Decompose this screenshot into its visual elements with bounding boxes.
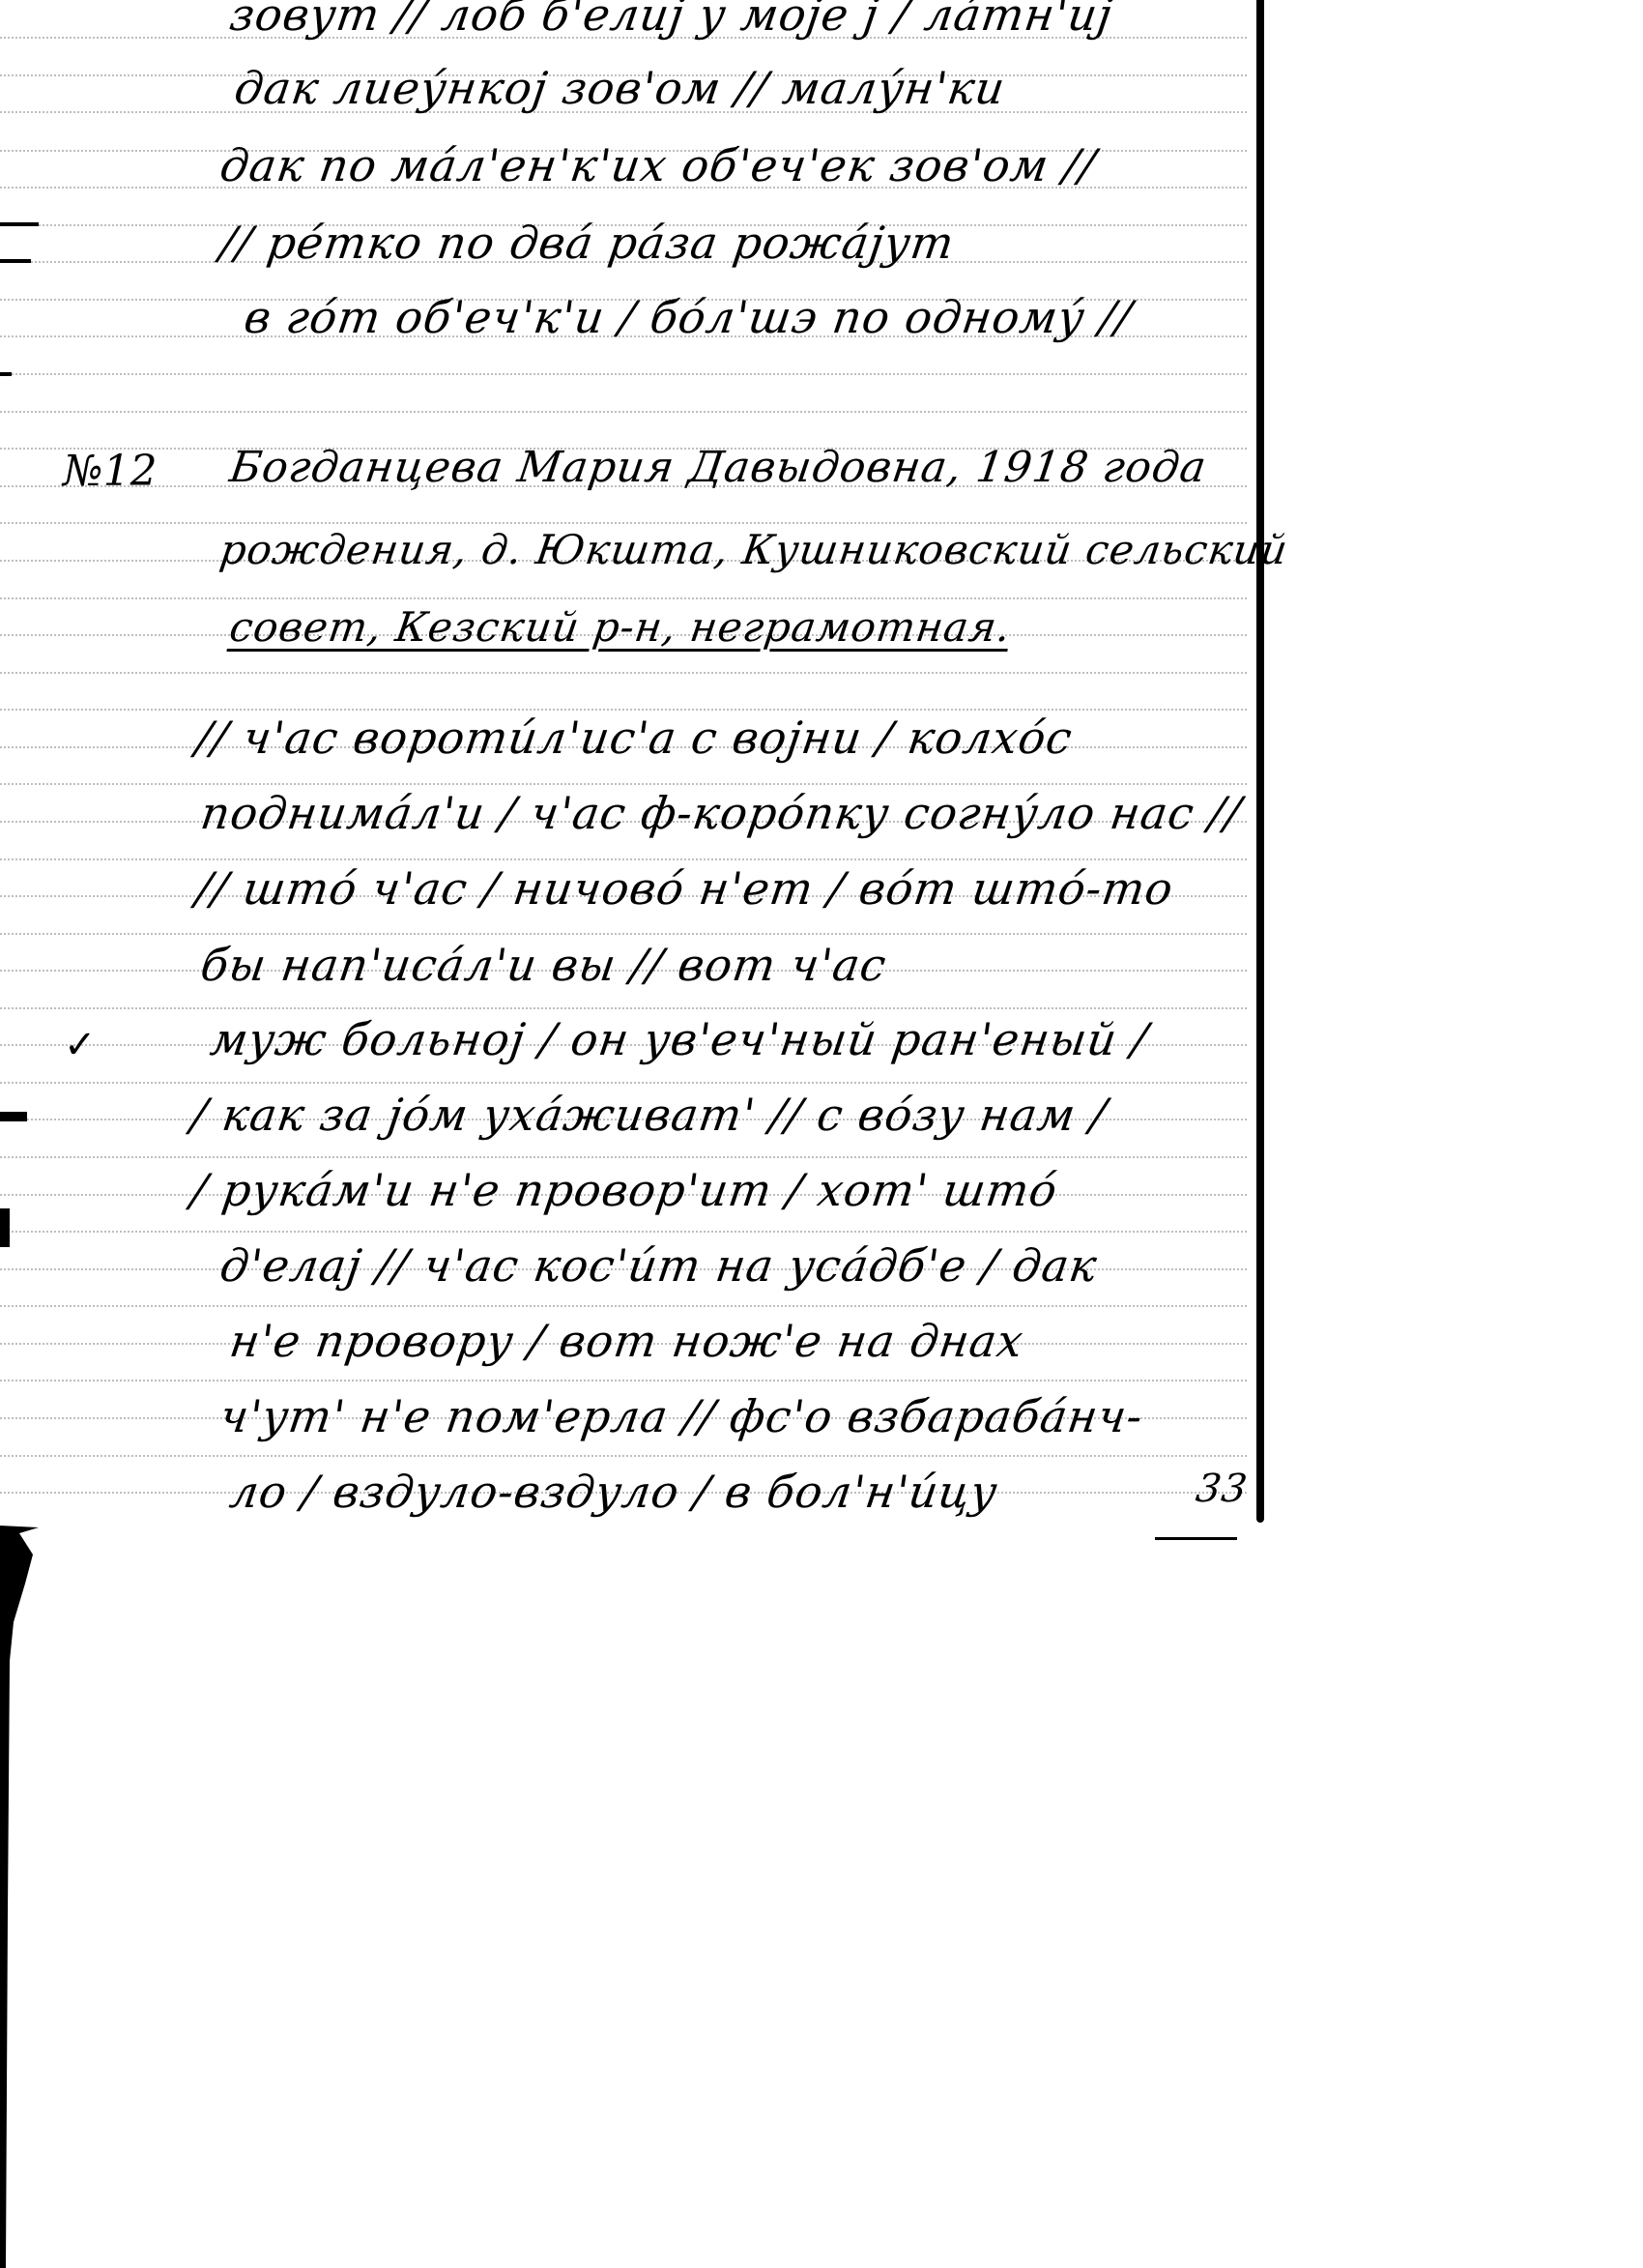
continuation-line: // ре́тко по два́ ра́за рожа́јут bbox=[217, 220, 958, 265]
text-line: / рука́м'и н'е провор'ит / хот' што́ bbox=[188, 1168, 1060, 1212]
margin-tick bbox=[0, 372, 12, 376]
ruled-line bbox=[0, 411, 1247, 413]
ruled-line bbox=[0, 858, 1247, 860]
margin-tick bbox=[0, 259, 31, 263]
page-margin-border bbox=[1256, 0, 1264, 1523]
check-mark-icon: ✓ bbox=[64, 1023, 97, 1067]
continuation-line: в го́т об'еч'к'и / бо́л'шэ по одному́ // bbox=[242, 295, 1135, 339]
text-line: д'елај // ч'ас кос'и́т на уса́дб'е / дак bbox=[217, 1243, 1100, 1288]
text-line: ч'ут' н'е пом'ерла // фс'о взбараба́нч- bbox=[217, 1394, 1146, 1439]
text-line: муж больној / он ув'еч'ный ран'еный / bbox=[208, 1017, 1151, 1061]
trailing-mark: 33 bbox=[1194, 1469, 1251, 1508]
ruled-line bbox=[0, 1231, 1247, 1233]
text-line: // што́ ч'ас / ничово́ н'ет / во́т што́-… bbox=[193, 866, 1176, 911]
ruled-line bbox=[0, 373, 1247, 375]
scanned-page: зовут // лоб б'елиј у моје ј / ла́тн'иј … bbox=[0, 0, 1643, 2268]
text-line: // ч'ас вороти́л'ис'а с војни / колхо́с bbox=[193, 715, 1076, 760]
text-line: бы нап'иса́л'и вы // вот ч'ас bbox=[198, 943, 889, 987]
ruled-line bbox=[0, 1082, 1247, 1084]
text-line: / как за јо́м уха́живат' // с во́зу нам … bbox=[188, 1092, 1110, 1137]
text-line: поднима́л'и / ч'ас ф-коро́пку согну́ло н… bbox=[198, 791, 1244, 835]
ruled-line bbox=[0, 1455, 1247, 1457]
ruled-line bbox=[0, 597, 1247, 599]
entry-number: №12 bbox=[63, 447, 158, 496]
ruled-line bbox=[0, 1156, 1247, 1158]
margin-tick bbox=[0, 1208, 10, 1247]
continuation-line: дак лиеу́нкој зов'ом // малу́н'ки bbox=[232, 66, 1008, 110]
ruled-line bbox=[0, 1380, 1247, 1381]
ruled-line bbox=[0, 709, 1247, 711]
ruled-line bbox=[0, 1305, 1247, 1307]
ruled-line bbox=[0, 522, 1247, 524]
ruled-line bbox=[0, 672, 1247, 674]
margin-tick bbox=[0, 1112, 27, 1121]
continuation-line: зовут // лоб б'елиј у моје ј / ла́тн'иј bbox=[227, 0, 1115, 37]
bottom-stroke bbox=[1155, 1537, 1237, 1540]
margin-tick bbox=[0, 222, 39, 226]
continuation-line: дак по ма́л'ен'к'их об'еч'ек зов'ом // bbox=[217, 143, 1099, 188]
ruled-line bbox=[0, 1007, 1247, 1009]
informant-line: Богданцева Мария Давыдовна, 1918 года bbox=[227, 447, 1209, 489]
scan-edge-shadow bbox=[0, 1526, 39, 2268]
text-line: н'е провору / вот нож'е на днах bbox=[227, 1319, 1026, 1363]
ruled-line bbox=[0, 783, 1247, 785]
informant-line: рождения, д. Юкшта, Кушниковский сельски… bbox=[217, 530, 1290, 570]
ruled-line bbox=[0, 933, 1247, 935]
informant-line: совет, Кезский р-н, неграмотная. bbox=[227, 607, 1014, 648]
text-line: ло / вздуло-вздуло / в бол'н'и́цу bbox=[227, 1469, 1000, 1514]
